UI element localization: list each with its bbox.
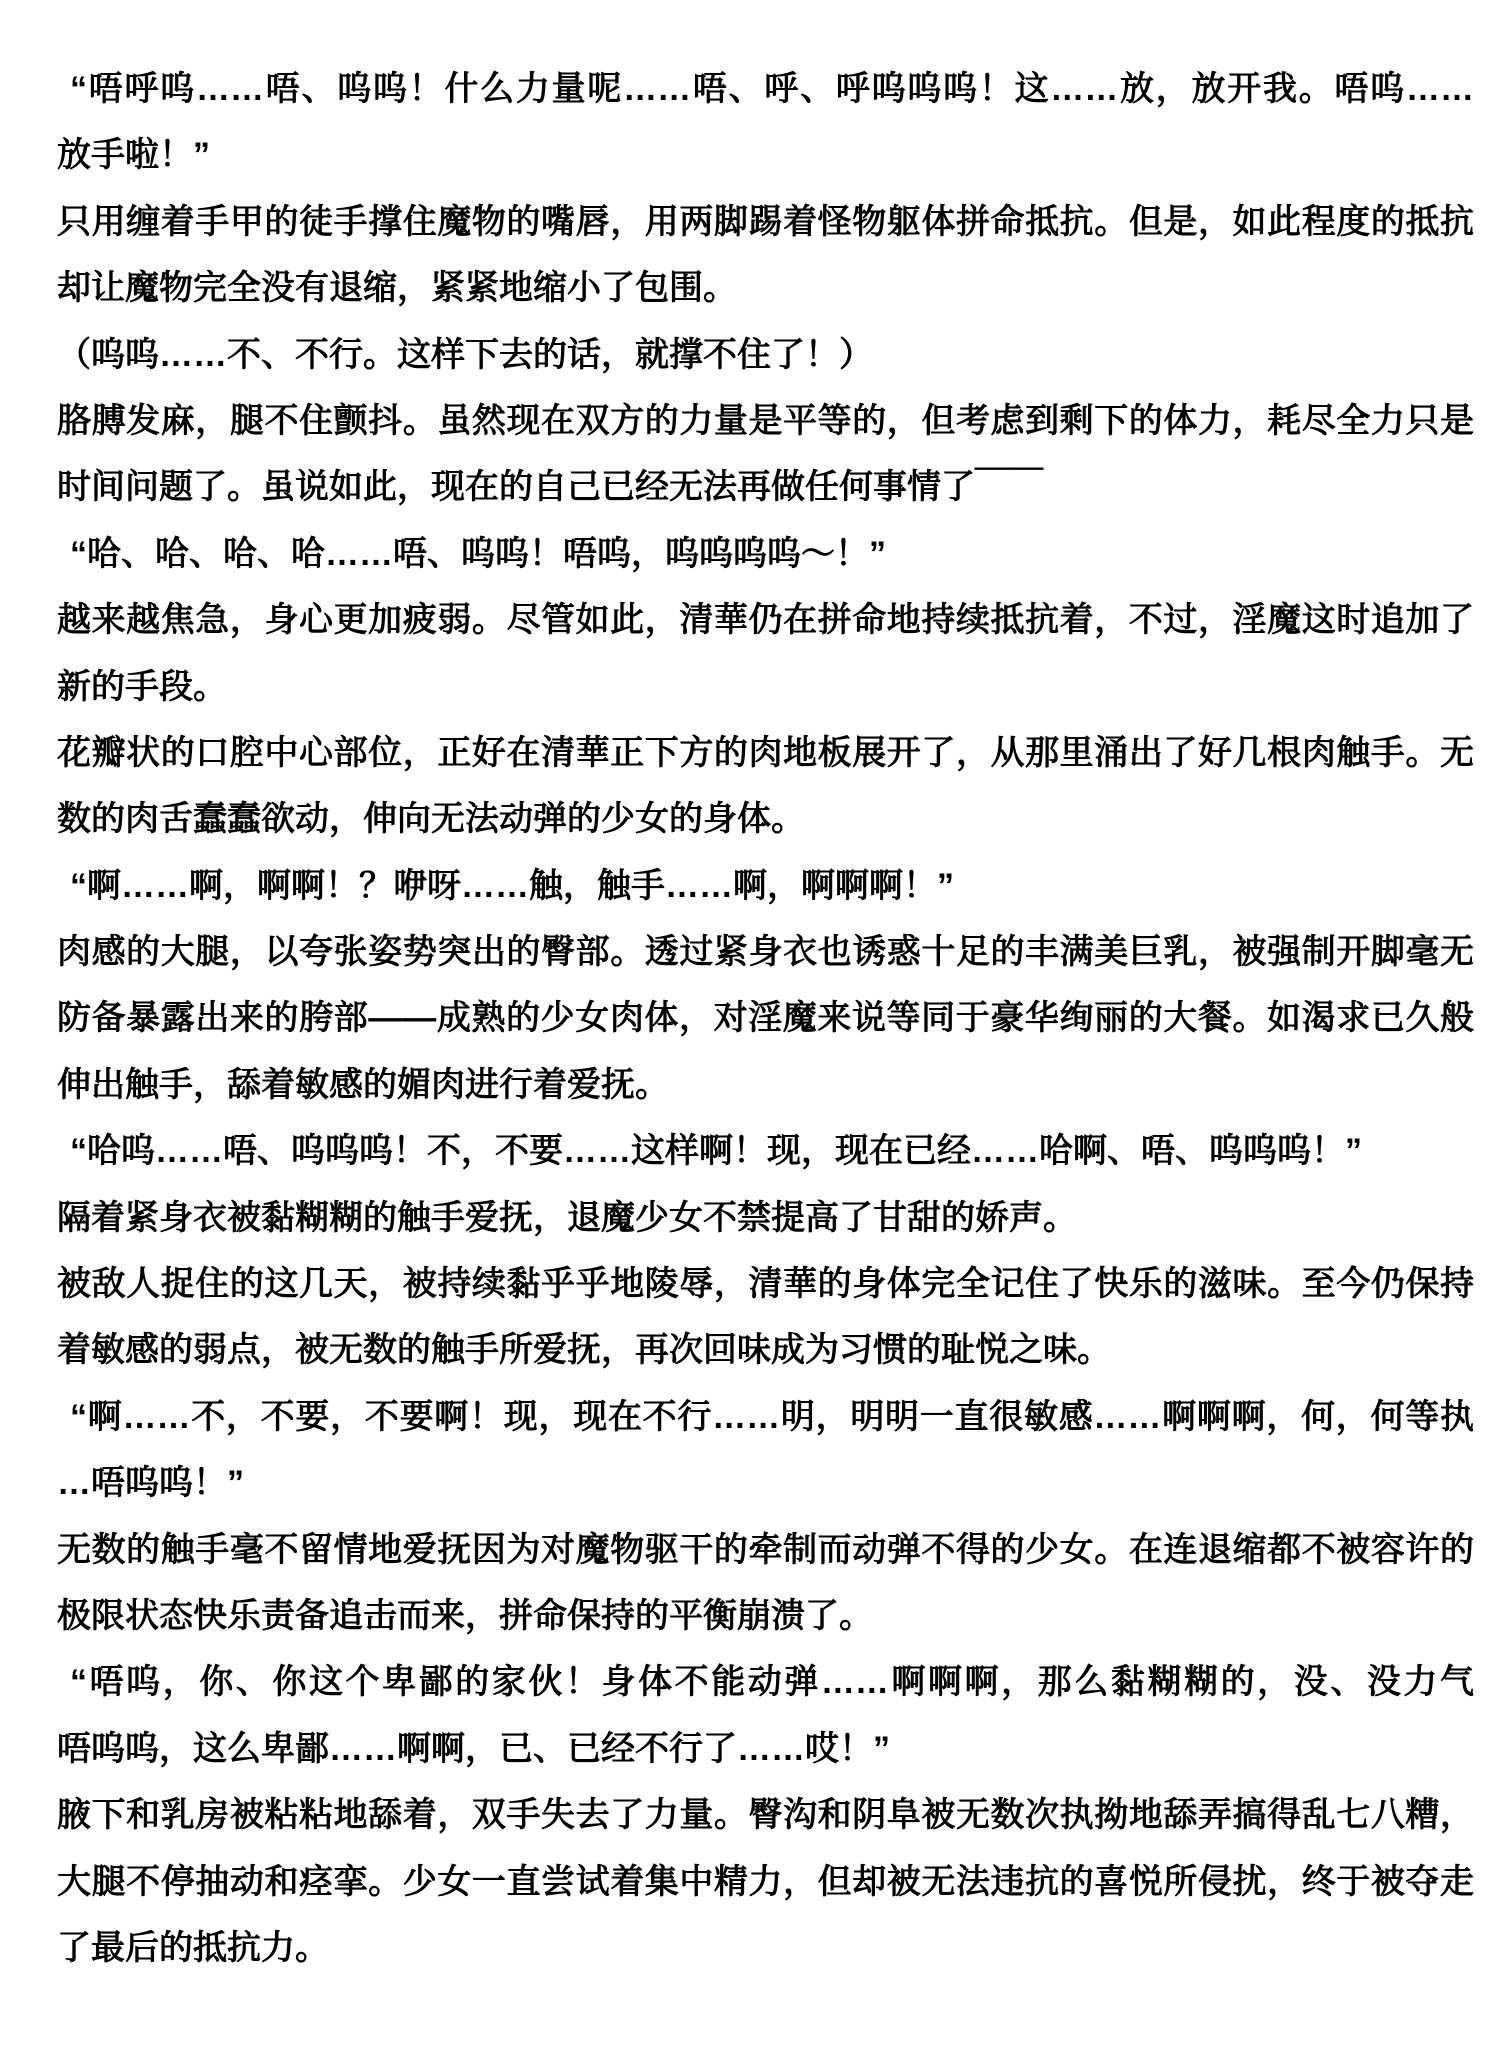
text-line: 新的手段。 xyxy=(57,654,1474,720)
paragraph-narration: 腋下和乳房被粘粘地舔着，双手失去了力量。臀沟和阴阜被无数次执拗地舔弄搞得乱七八糟… xyxy=(57,1782,1474,1981)
text-line: 胳膊发麻，腿不住颤抖。虽然现在双方的力量是平等的，但考虑到剩下的体力，耗尽全力只… xyxy=(57,388,1474,454)
paragraph-narration: 只用缠着手甲的徒手撑住魔物的嘴唇，用两脚踢着怪物躯体拼命抵抗。但是，如此程度的抵… xyxy=(57,189,1474,322)
paragraph-narration: 肉感的大腿，以夸张姿势突出的臀部。透过紧身衣也诱惑十足的丰满美巨乳，被强制开脚毫… xyxy=(57,919,1474,1118)
text-line: 了最后的抵抗力。 xyxy=(57,1915,1474,1981)
text-line: 被敌人捉住的这几天，被持续黏乎乎地陵辱，清華的身体完全记住了快乐的滋味。至今仍保… xyxy=(57,1251,1474,1317)
text-line: “哈、哈、哈、哈……唔、呜呜！唔呜，呜呜呜呜～！” xyxy=(57,521,1474,587)
text-line: 防备暴露出来的胯部——成熟的少女肉体，对淫魔来说等同于豪华绚丽的大餐。如渴求已久… xyxy=(57,985,1474,1051)
text-line: 着敏感的弱点，被无数的触手所爱抚，再次回味成为习惯的耻悦之味。 xyxy=(57,1317,1474,1383)
text-line: 只用缠着手甲的徒手撑住魔物的嘴唇，用两脚踢着怪物躯体拼命抵抗。但是，如此程度的抵… xyxy=(57,189,1474,255)
text-line: “啊……啊，啊啊！？咿呀……触，触手……啊，啊啊啊！” xyxy=(57,853,1474,919)
text-line: “啊……不，不要，不要啊！现，现在不行……明，明明一直很敏感……啊啊啊，何，何等… xyxy=(57,1384,1474,1450)
paragraph-narration: 无数的触手毫不留情地爱抚因为对魔物驱干的牵制而动弹不得的少女。在连退缩都不被容许… xyxy=(57,1517,1474,1650)
text-line: 隔着紧身衣被黏糊糊的触手爱抚，退魔少女不禁提高了甘甜的娇声。 xyxy=(57,1185,1474,1251)
text-line: 腋下和乳房被粘粘地舔着，双手失去了力量。臀沟和阴阜被无数次执拗地舔弄搞得乱七八糟… xyxy=(57,1782,1474,1848)
text-line: 伸出触手，舔着敏感的媚肉进行着爱抚。 xyxy=(57,1052,1474,1118)
paragraph-dialogue: “唔呜，你、你这个卑鄙的家伙！身体不能动弹……啊啊啊，那么黏糊糊的，没、没力气了… xyxy=(57,1649,1474,1782)
text-line: 时间问题了。虽说如此，现在的自己已经无法再做任何事情了￣￣ xyxy=(57,454,1474,520)
text-line: “唔呜，你、你这个卑鄙的家伙！身体不能动弹……啊啊啊，那么黏糊糊的，没、没力气了… xyxy=(57,1649,1474,1715)
paragraph-narration: 胳膊发麻，腿不住颤抖。虽然现在双方的力量是平等的，但考虑到剩下的体力，耗尽全力只… xyxy=(57,388,1474,521)
paragraph-dialogue: “哈呜……唔、呜呜呜！不，不要……这样啊！现，现在已经……哈啊、唔、呜呜呜！” xyxy=(57,1118,1474,1184)
text-line: 极限状态快乐责备追击而来，拼命保持的平衡崩溃了。 xyxy=(57,1583,1474,1649)
text-line: 无数的触手毫不留情地爱抚因为对魔物驱干的牵制而动弹不得的少女。在连退缩都不被容许… xyxy=(57,1517,1474,1583)
paragraph-thought: （呜呜……不、不行。这样下去的话，就撑不住了！） xyxy=(57,322,1474,388)
paragraph-dialogue: “哈、哈、哈、哈……唔、呜呜！唔呜，呜呜呜呜～！” xyxy=(57,521,1474,587)
novel-page: “唔呼呜……唔、呜呜！什么力量呢……唔、呼、呼呜呜呜！这……放，放开我。唔呜……… xyxy=(0,0,1500,2048)
text-line: 大腿不停抽动和痉挛。少女一直尝试着集中精力，但却被无法违抗的喜悦所侵扰，终于被夺… xyxy=(57,1849,1474,1915)
paragraph-narration: 隔着紧身衣被黏糊糊的触手爱抚，退魔少女不禁提高了甘甜的娇声。 xyxy=(57,1185,1474,1251)
paragraph-dialogue: “唔呼呜……唔、呜呜！什么力量呢……唔、呼、呼呜呜呜！这……放，放开我。唔呜……… xyxy=(57,56,1474,189)
text-line: …唔呜呜！” xyxy=(57,1450,1474,1516)
text-line: 放手啦！” xyxy=(57,122,1474,188)
text-line: 数的肉舌蠢蠢欲动，伸向无法动弹的少女的身体。 xyxy=(57,786,1474,852)
text-line: 越来越焦急，身心更加疲弱。尽管如此，清華仍在拼命地持续抵抗着，不过，淫魔这时追加… xyxy=(57,587,1474,653)
paragraph-dialogue: “啊……不，不要，不要啊！现，现在不行……明，明明一直很敏感……啊啊啊，何，何等… xyxy=(57,1384,1474,1517)
text-line: “唔呼呜……唔、呜呜！什么力量呢……唔、呼、呼呜呜呜！这……放，放开我。唔呜……… xyxy=(57,56,1474,122)
text-line: “哈呜……唔、呜呜呜！不，不要……这样啊！现，现在已经……哈啊、唔、呜呜呜！” xyxy=(57,1118,1474,1184)
text-line: 却让魔物完全没有退缩，紧紧地缩小了包围。 xyxy=(57,255,1474,321)
paragraph-narration: 花瓣状的口腔中心部位，正好在清華正下方的肉地板展开了，从那里涌出了好几根肉触手。… xyxy=(57,720,1474,853)
novel-text-body: “唔呼呜……唔、呜呜！什么力量呢……唔、呼、呼呜呜呜！这……放，放开我。唔呜……… xyxy=(57,56,1474,1981)
text-line: 肉感的大腿，以夸张姿势突出的臀部。透过紧身衣也诱惑十足的丰满美巨乳，被强制开脚毫… xyxy=(57,919,1474,985)
text-line: （呜呜……不、不行。这样下去的话，就撑不住了！） xyxy=(57,322,1474,388)
paragraph-narration: 被敌人捉住的这几天，被持续黏乎乎地陵辱，清華的身体完全记住了快乐的滋味。至今仍保… xyxy=(57,1251,1474,1384)
text-line: 花瓣状的口腔中心部位，正好在清華正下方的肉地板展开了，从那里涌出了好几根肉触手。… xyxy=(57,720,1474,786)
paragraph-narration: 越来越焦急，身心更加疲弱。尽管如此，清華仍在拼命地持续抵抗着，不过，淫魔这时追加… xyxy=(57,587,1474,720)
text-line: 唔呜呜，这么卑鄙……啊啊，已、已经不行了……哎！” xyxy=(57,1716,1474,1782)
paragraph-dialogue: “啊……啊，啊啊！？咿呀……触，触手……啊，啊啊啊！” xyxy=(57,853,1474,919)
